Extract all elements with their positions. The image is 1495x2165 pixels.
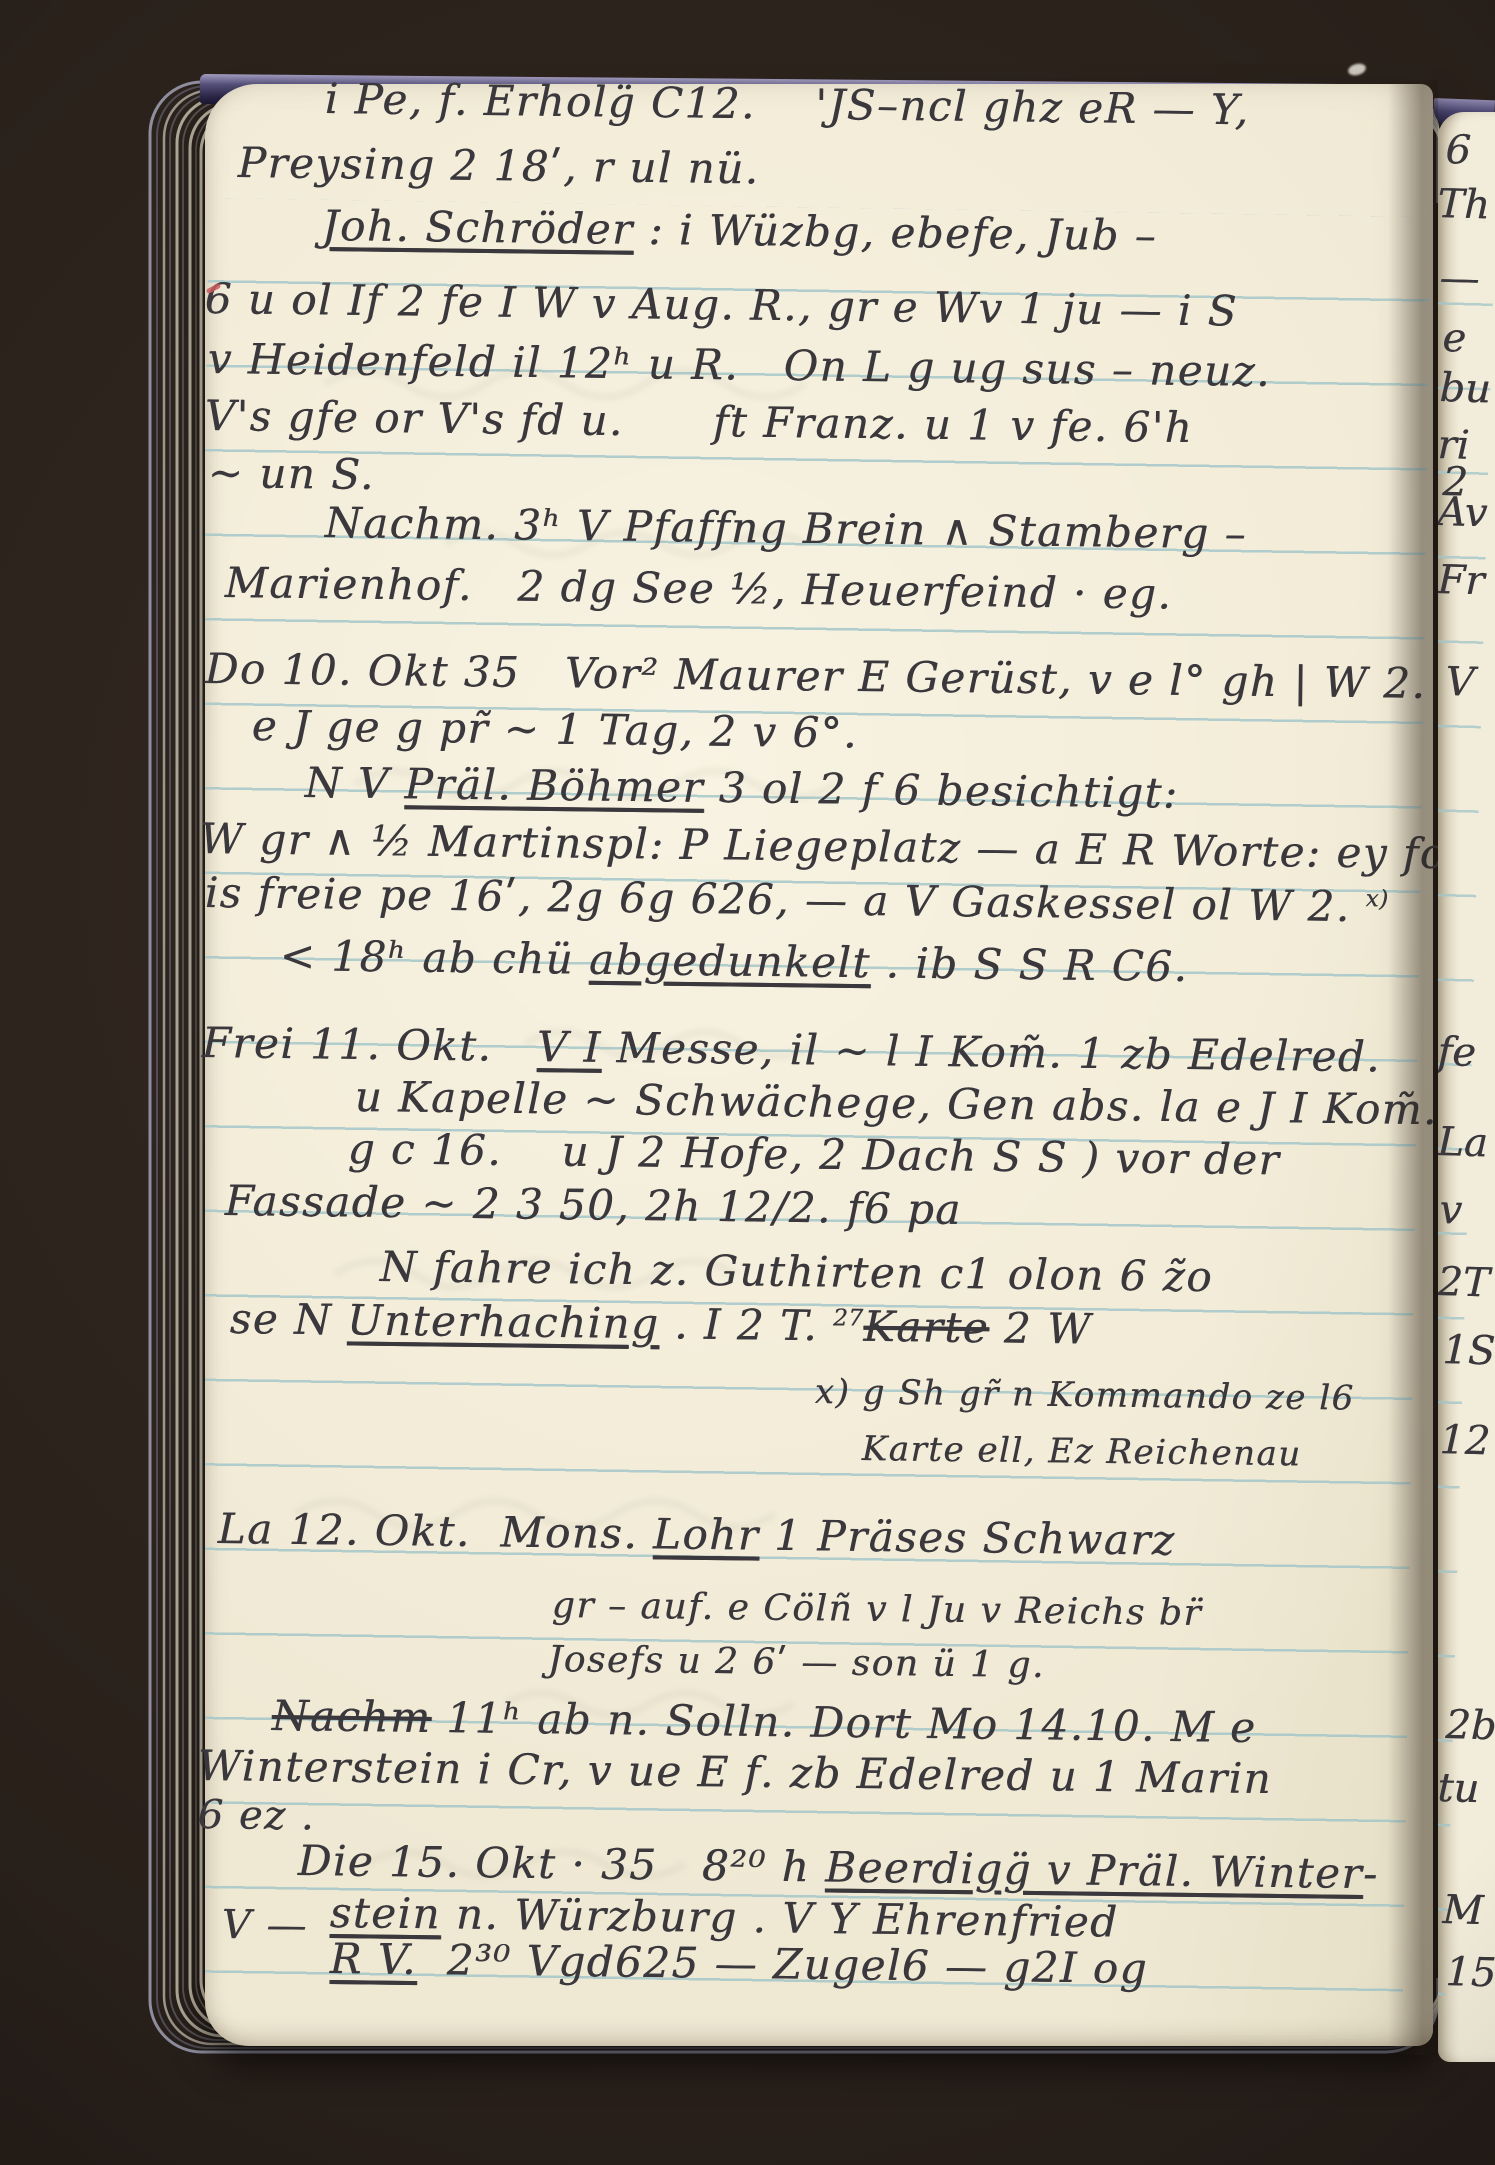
handwriting-line: Nachm 11ʰ ab n. Solln. Dort Mo 14.10. M … bbox=[271, 1695, 1256, 1749]
handwriting-line: N V Präl. Böhmer 3 ol 2 f 6 besichtigt: bbox=[304, 762, 1178, 815]
handwriting-part: ~ un S. bbox=[207, 448, 375, 499]
facing-handwriting-fragment: tu bbox=[1438, 1768, 1480, 1809]
handwriting-line: 6 ez . bbox=[198, 1795, 316, 1836]
facing-handwriting-fragment: 6 bbox=[1445, 130, 1472, 171]
handwriting-part: 2³⁰ Vgd625 — Zugel6 — g2I og bbox=[417, 1935, 1149, 1993]
handwriting-part: Do 10. Okt 35 Vor² Maurer E Gerüst, v e … bbox=[204, 644, 1426, 708]
facing-handwriting-fragment: 2b bbox=[1445, 1705, 1495, 1746]
handwriting-line: u Kapelle ~ Schwächege, Gen abs. la e J … bbox=[354, 1076, 1438, 1131]
handwriting-part: V's gfe or V's fd u. ft Franz. u 1 v fe.… bbox=[204, 391, 1193, 452]
handwriting-part: - bbox=[1363, 1849, 1379, 1898]
handwriting-part: x) bbox=[1365, 886, 1388, 912]
handwriting-part: x) g Sh gr̃ n Kommando ze l6 bbox=[815, 1372, 1355, 1419]
handwriting-line: Joh. Schröder : i Wüzbg, ebefe, Jub – bbox=[321, 205, 1157, 257]
handwriting-part: gr – auf. e Cölñ v l Ju v Reichs br̈ bbox=[552, 1585, 1203, 1634]
handwriting-part: Frei 11. Okt. bbox=[201, 1018, 537, 1071]
handwriting-line: Josefs u 2 6ʹ — son ü 1 g. bbox=[548, 1642, 1046, 1684]
handwriting-line: e J ge g pr̃ ~ 1 Tag, 2 v 6°. bbox=[251, 705, 858, 754]
facing-handwriting-fragment: — bbox=[1439, 258, 1480, 299]
handwriting-part: Lohr bbox=[653, 1509, 760, 1559]
handwriting-part: v Heidenfeld il 12ʰ u R. On L g ug sus –… bbox=[207, 334, 1271, 396]
facing-handwriting-fragment: bu bbox=[1439, 368, 1491, 409]
handwriting-part: Nachm bbox=[271, 1691, 431, 1742]
handwriting-layer: i Pe, f. Erholg̈ C12. 'JS–ncl ghz eR — Y… bbox=[0, 0, 1495, 2165]
handwriting-part: g c 16. u J 2 Hofe, 2 Dach S S ) vor der bbox=[347, 1124, 1280, 1184]
handwriting-line: Winterstein i Cr, v ue E f. zb Edelred u… bbox=[197, 1745, 1272, 1800]
handwriting-line: se N Unterhaching . I 2 T. 27Karte 2 W bbox=[229, 1298, 1091, 1351]
handwriting-line: i Pe, f. Erholg̈ C12. 'JS–ncl ghz eR — Y… bbox=[324, 78, 1249, 131]
handwriting-line: Nachm. 3ʰ V Pfaffng Brein ∧ Stamberg – bbox=[324, 502, 1247, 555]
handwriting-line: Do 10. Okt 35 Vor² Maurer E Gerüst, v e … bbox=[204, 648, 1426, 705]
handwriting-part: 3 ol 2 f 6 besichtigt: bbox=[704, 763, 1179, 818]
facing-handwriting-fragment: fe bbox=[1438, 1032, 1476, 1073]
handwriting-line: N fahre ich z. Guthirten c1 olon 6 z̃o bbox=[379, 1246, 1213, 1298]
handwriting-line: Fassade ~ 2 3 50, 2h 12/2. f6 pa bbox=[224, 1180, 962, 1231]
handwriting-part: 27 bbox=[833, 1305, 864, 1331]
handwriting-part: 11ʰ ab n. Solln. Dort Mo 14.10. M e bbox=[431, 1693, 1257, 1752]
handwriting-part: R V. bbox=[329, 1934, 417, 1984]
facing-handwriting-fragment: Av bbox=[1438, 492, 1488, 533]
handwriting-part: . I 2 T. bbox=[659, 1299, 833, 1350]
handwriting-part: Josefs u 2 6ʹ — son ü 1 g. bbox=[548, 1639, 1046, 1686]
handwriting-line: V — bbox=[222, 1905, 309, 1946]
handwriting-part: N fahre ich z. Guthirten c1 olon 6 z̃o bbox=[379, 1242, 1213, 1301]
handwriting-part: stein bbox=[329, 1888, 441, 1938]
handwriting-part: 1 Präses Schwarz bbox=[759, 1511, 1176, 1565]
facing-handwriting-fragment: 15 bbox=[1445, 1952, 1495, 1993]
facing-page-edge: 6Th—eburi2AvFrVfeLav2T1S122btuM15 bbox=[1438, 112, 1495, 2062]
handwriting-line: Marienhof. 2 dg See ½, Heuerfeind · eg. bbox=[224, 562, 1172, 616]
handwriting-part: V — bbox=[221, 1902, 308, 1949]
handwriting-part: Marienhof. 2 dg See ½, Heuerfeind · eg. bbox=[224, 558, 1172, 619]
handwriting-part: N V bbox=[304, 758, 404, 808]
handwriting-line: La 12. Okt. Mons. Lohr 1 Präses Schwarz bbox=[217, 1508, 1175, 1562]
handwriting-part: se N bbox=[229, 1294, 347, 1344]
handwriting-part: Messe, il ~ l I Kom̃. 1 zb Edelred. bbox=[601, 1023, 1381, 1082]
facing-handwriting-fragment: V bbox=[1445, 662, 1475, 703]
handwriting-line: < 18ʰ ab chü abgedunkelt . ib S S R C6. bbox=[279, 935, 1188, 988]
handwriting-part: e J ge g pr̃ ~ 1 Tag, 2 v 6°. bbox=[251, 701, 858, 757]
handwriting-part: Karte ell, Ez Reichenau bbox=[862, 1429, 1302, 1474]
handwriting-part: u Kapelle ~ Schwächege, Gen abs. la e J … bbox=[354, 1072, 1438, 1134]
handwriting-part: Fassade ~ 2 3 50, 2h 12/2. f6 pa bbox=[224, 1176, 962, 1234]
handwriting-part: W gr ∧ ½ Martinspl: P Liegeplatz — a E R… bbox=[199, 814, 1461, 878]
facing-handwriting-fragment: v bbox=[1439, 1190, 1463, 1231]
handwriting-part: 2 W bbox=[989, 1303, 1092, 1353]
handwriting-part: . ib S S R C6. bbox=[870, 938, 1188, 991]
facing-handwriting-fragment: 1S bbox=[1442, 1330, 1495, 1371]
handwriting-line: Die 15. Okt · 35 8²⁰ h Beerdigg̈ v Präl.… bbox=[297, 1840, 1378, 1895]
handwriting-part: 6 ez . bbox=[197, 1792, 315, 1839]
handwriting-line: x) g Sh gr̃ n Kommando ze l6 bbox=[815, 1375, 1355, 1416]
handwriting-part: Die 15. Okt · 35 8²⁰ h bbox=[297, 1836, 825, 1891]
handwriting-line: is freie pe 16ʹ, 2g 6g 626, — a V Gaskes… bbox=[204, 872, 1388, 928]
handwriting-part: V I bbox=[537, 1022, 602, 1072]
handwriting-part: i Pe, f. Erholg̈ C12. 'JS–ncl ghz eR — Y… bbox=[324, 74, 1249, 134]
gutter-shadow bbox=[1388, 80, 1438, 2055]
handwriting-line: v Heidenfeld il 12ʰ u R. On L g ug sus –… bbox=[207, 338, 1271, 393]
handwriting-part: Präl. Böhmer bbox=[404, 759, 704, 812]
handwriting-line: 6 u ol If 2 fe I W v Aug. R., gr e Wv 1 … bbox=[204, 278, 1238, 333]
handwriting-part: < 18ʰ ab chü bbox=[279, 931, 589, 984]
handwriting-line: Frei 11. Okt. V I Messe, il ~ l I Kom̃. … bbox=[201, 1022, 1381, 1078]
handwriting-line: ~ un S. bbox=[207, 452, 375, 496]
facing-handwriting-fragment: 2T bbox=[1438, 1262, 1490, 1303]
facing-handwriting-fragment: Th bbox=[1438, 184, 1490, 225]
facing-handwriting-fragment: La bbox=[1438, 1122, 1488, 1163]
handwriting-line: Preysing 2 18ʹ, r ul nü. bbox=[237, 142, 759, 190]
facing-handwriting-fragment: M bbox=[1442, 1890, 1484, 1931]
notebook-photo: i Pe, f. Erholg̈ C12. 'JS–ncl ghz eR — Y… bbox=[0, 0, 1495, 2165]
handwriting-line: gr – auf. e Cölñ v l Ju v Reichs br̈ bbox=[552, 1588, 1203, 1632]
handwriting-part: abgedunkelt bbox=[589, 935, 871, 987]
handwriting-part: Preysing 2 18ʹ, r ul nü. bbox=[237, 138, 759, 193]
handwriting-part: Beerdigg̈ v Präl. Winter bbox=[825, 1842, 1363, 1898]
handwriting-line: W gr ∧ ½ Martinspl: P Liegeplatz — a E R… bbox=[199, 818, 1461, 875]
handwriting-part: is freie pe 16ʹ, 2g 6g 626, — a V Gaskes… bbox=[204, 868, 1365, 931]
handwriting-part: La 12. Okt. Mons. bbox=[217, 1504, 653, 1558]
handwriting-line: g c 16. u J 2 Hofe, 2 Dach S S ) vor der bbox=[347, 1128, 1280, 1181]
handwriting-part: : i Wüzbg, ebefe, Jub – bbox=[633, 205, 1157, 260]
facing-handwriting-layer: 6Th—eburi2AvFrVfeLav2T1S122btuM15 bbox=[1438, 112, 1495, 2062]
handwriting-line: R V. 2³⁰ Vgd625 — Zugel6 — g2I og bbox=[329, 1938, 1148, 1990]
facing-handwriting-fragment: e bbox=[1442, 318, 1467, 359]
facing-handwriting-fragment: 12 bbox=[1439, 1420, 1491, 1461]
handwriting-part: Karte bbox=[863, 1302, 989, 1353]
facing-handwriting-fragment: Fr bbox=[1438, 560, 1485, 601]
handwriting-line: Karte ell, Ez Reichenau bbox=[862, 1432, 1302, 1471]
handwriting-part: Joh. Schröder bbox=[321, 201, 633, 254]
handwriting-line: V's gfe or V's fd u. ft Franz. u 1 v fe.… bbox=[204, 395, 1193, 449]
handwriting-part: 6 u ol If 2 fe I W v Aug. R., gr e Wv 1 … bbox=[204, 274, 1238, 336]
handwriting-part: Unterhaching bbox=[347, 1295, 660, 1348]
handwriting-part: Winterstein i Cr, v ue E f. zb Edelred u… bbox=[197, 1741, 1272, 1803]
handwriting-part: Nachm. 3ʰ V Pfaffng Brein ∧ Stamberg – bbox=[324, 498, 1247, 558]
